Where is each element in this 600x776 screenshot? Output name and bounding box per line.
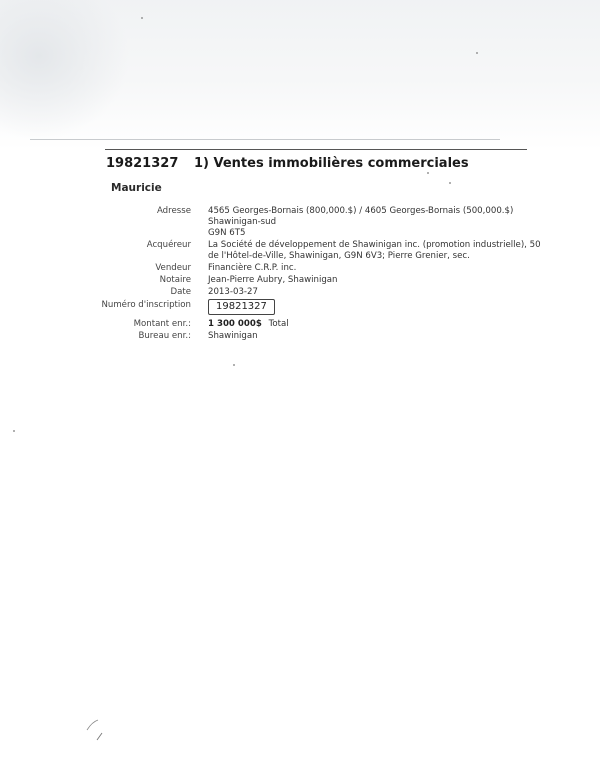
address-line: G9N 6T5 [208,228,513,239]
record-number: 19821327 [106,156,194,171]
field-label: Notaire [100,275,191,286]
record-fields: Adresse 4565 Georges-Bornais (800,000.$)… [100,206,530,343]
scan-speck [233,364,235,366]
field-label: Acquéreur [100,240,191,262]
scan-speck [427,172,429,174]
field-value: Shawinigan [208,331,258,342]
field-label: Date [100,287,191,298]
field-value: La Société de développement de Shawiniga… [208,240,541,262]
inscription-number-box: 19821327 [208,299,275,315]
scan-speck [141,17,143,19]
field-value: Financière C.R.P. inc. [208,263,296,274]
address-line: 4565 Georges-Bornais (800,000.$) / 4605 … [208,206,513,217]
field-vendeur: Vendeur Financière C.R.P. inc. [100,263,530,274]
field-label: Numéro d'inscription [100,300,191,315]
field-value: 1 300 000$ Total [208,319,289,330]
scan-speck [13,430,15,432]
acquereur-line: de l'Hôtel-de-Ville, Shawinigan, G9N 6V3… [208,251,541,262]
field-date: Date 2013-03-27 [100,287,530,298]
header-divider [105,149,527,150]
field-notaire: Notaire Jean-Pierre Aubry, Shawinigan [100,275,530,286]
scan-smudge [0,0,130,140]
field-value: Jean-Pierre Aubry, Shawinigan [208,275,338,286]
field-label: Vendeur [100,263,191,274]
field-label: Montant enr.: [100,319,191,330]
field-acquereur: Acquéreur La Société de développement de… [100,240,530,262]
record-title: 1) Ventes immobilières commerciales [194,156,469,171]
field-value: 19821327 [208,300,275,315]
field-adresse: Adresse 4565 Georges-Bornais (800,000.$)… [100,206,530,239]
field-bureau: Bureau enr.: Shawinigan [100,331,530,342]
scan-speck [476,52,478,54]
address-line: Shawinigan-sud [208,217,513,228]
scan-speck [449,182,451,184]
pen-mark [86,718,108,742]
field-label: Bureau enr.: [100,331,191,342]
faint-divider [30,139,500,140]
field-inscription: Numéro d'inscription 19821327 [100,300,530,315]
amount-value: 1 300 000$ [208,319,262,329]
field-label: Adresse [100,206,191,239]
record-header: 19821327 1) Ventes immobilières commerci… [106,156,469,171]
field-value: 4565 Georges-Bornais (800,000.$) / 4605 … [208,206,513,239]
amount-suffix: Total [269,319,289,329]
region-heading: Mauricie [111,182,162,194]
acquereur-line: La Société de développement de Shawiniga… [208,240,541,251]
field-value: 2013-03-27 [208,287,258,298]
field-montant: Montant enr.: 1 300 000$ Total [100,319,530,330]
